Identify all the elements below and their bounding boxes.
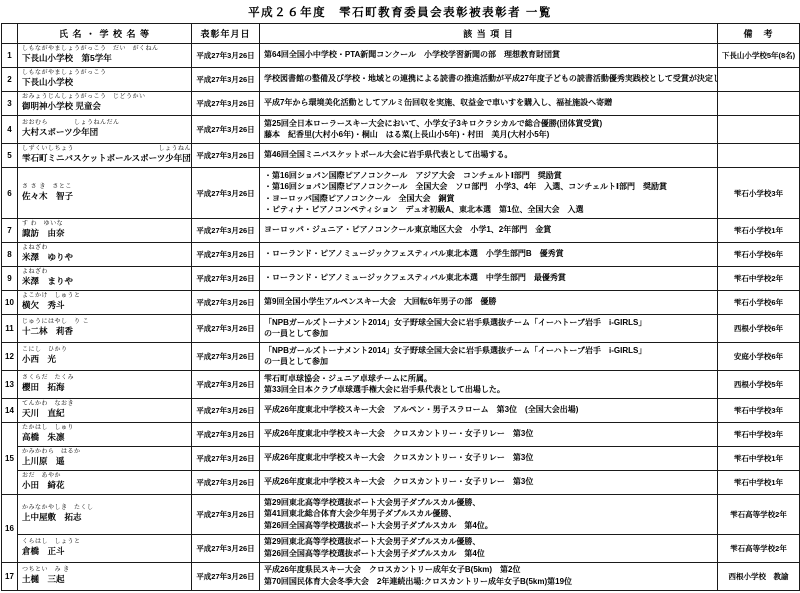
recipient-name-cell: おおむら しょうねんだん大村スポーツ少年団 bbox=[18, 116, 192, 144]
award-item-line: 平成26年度東北中学校スキー大会 クロスカントリー・女子リレー 第3位 bbox=[264, 453, 713, 465]
row-number: 5 bbox=[2, 144, 18, 168]
name-furigana: くらはし しょうと bbox=[22, 539, 189, 546]
table-row: 15たかはし しゅり高橋 朱凛平成27年3月26日平成26年度東北中学校スキー大… bbox=[2, 423, 800, 447]
recipient-name-cell: くらはし しょうと倉橋 正斗 bbox=[18, 534, 192, 562]
table-row: 6さ さ き さとこ佐々木 智子平成27年3月26日・第16回ショパン国際ピアノ… bbox=[2, 168, 800, 219]
award-item-line: 第64回全国小中学校・PTA新聞コンクール 小学校学習新聞の部 理想教育財団賞 bbox=[264, 50, 713, 62]
row-number: 10 bbox=[2, 291, 18, 315]
award-item-line: 平成26年度東北中学校スキー大会 クロスカントリー・女子リレー 第3位 bbox=[264, 429, 713, 441]
award-item-cell: 平成26年度東北中学校スキー大会 クロスカントリー・女子リレー 第3位 bbox=[260, 471, 718, 495]
award-date: 平成27年3月26日 bbox=[192, 371, 260, 399]
remarks: 雫石小学校6年 bbox=[718, 291, 800, 315]
row-number: 4 bbox=[2, 116, 18, 144]
row-number: 16 bbox=[2, 495, 18, 563]
recipient-name: 横欠 秀斗 bbox=[22, 300, 189, 311]
recipient-name-cell: よねざわ米澤 まりや bbox=[18, 267, 192, 291]
recipient-name: 上川原 遥 bbox=[22, 456, 189, 467]
table-row: 12こにし ひかり小西 光平成27年3月26日「NPBガールズトーナメント201… bbox=[2, 343, 800, 371]
award-item-line: 第29回東北高等学校選抜ボート大会男子ダブルスカル優勝、 bbox=[264, 537, 713, 549]
award-item-line: 学校図書館の整備及び学校・地域との連携による読書の推進活動が平成27年度子どもの… bbox=[264, 74, 713, 86]
recipient-name: 下長山小学校 bbox=[22, 77, 189, 88]
name-furigana: てんかわ なおき bbox=[22, 401, 189, 408]
award-item-line: 「NPBガールズトーナメント2014」女子野球全国大会に岩手県選抜チーム「イーハ… bbox=[264, 345, 713, 357]
recipient-name-cell: かみかわら はるか上川原 遥 bbox=[18, 447, 192, 471]
award-item-cell: 「NPBガールズトーナメント2014」女子野球全国大会に岩手県選抜チーム「イーハ… bbox=[260, 315, 718, 343]
remarks bbox=[718, 68, 800, 92]
award-date: 平成27年3月26日 bbox=[192, 315, 260, 343]
table-row: おだ あやか小田 綺花平成27年3月26日平成26年度東北中学校スキー大会 クロ… bbox=[2, 471, 800, 495]
award-date: 平成27年3月26日 bbox=[192, 495, 260, 535]
recipient-name-cell: しもながやましょうがっこう だい がくねん下長山小学校 第5学年 bbox=[18, 44, 192, 68]
remarks: 雫石中学校2年 bbox=[718, 267, 800, 291]
name-furigana: おだ あやか bbox=[22, 473, 189, 480]
recipient-name-cell: さ さ き さとこ佐々木 智子 bbox=[18, 168, 192, 219]
award-date: 平成27年3月26日 bbox=[192, 44, 260, 68]
remarks: 雫石小学校3年 bbox=[718, 168, 800, 219]
table-row: かみかわら はるか上川原 遥平成27年3月26日平成26年度東北中学校スキー大会… bbox=[2, 447, 800, 471]
name-furigana: さ さ き さとこ bbox=[22, 184, 189, 191]
award-date: 平成27年3月26日 bbox=[192, 343, 260, 371]
name-furigana: おみょうじんしょうがっこう じどうかい bbox=[22, 94, 189, 101]
award-item-cell: ヨーロッパ・ジュニア・ピアノコンクール東京地区大会 小学1、2年部門 金賞 bbox=[260, 219, 718, 243]
recipient-name: 櫻田 拓海 bbox=[22, 382, 189, 393]
award-item-cell: 第46回全国ミニバスケットボール大会に岩手県代表として出場する。 bbox=[260, 144, 718, 168]
award-item-line: ・ローランド・ピアノミュージックフェスティバル東北本選 小学生部門B 優秀賞 bbox=[264, 249, 713, 261]
award-item-line: 平成26年度県民スキー大会 クロスカントリー成年女子B(5km) 第2位 bbox=[264, 565, 713, 577]
name-furigana: つちとい み き bbox=[22, 567, 189, 574]
row-number: 1 bbox=[2, 44, 18, 68]
recipient-name: 倉橋 正斗 bbox=[22, 546, 189, 557]
award-date: 平成27年3月26日 bbox=[192, 267, 260, 291]
table-row: 2しもながやましょうがっこう下長山小学校平成27年3月26日学校図書館の整備及び… bbox=[2, 68, 800, 92]
award-item-line: ・第16回ショパン国際ピアノコンクール 全国大会 ソロ部門 小学3、4年 入選、… bbox=[264, 182, 713, 194]
recipient-name-cell: す わ ゆいな諏訪 由奈 bbox=[18, 219, 192, 243]
award-date: 平成27年3月26日 bbox=[192, 471, 260, 495]
row-number: 8 bbox=[2, 243, 18, 267]
remarks bbox=[718, 116, 800, 144]
table-row: 8よねざわ米澤 ゆりや平成27年3月26日・ローランド・ピアノミュージックフェス… bbox=[2, 243, 800, 267]
name-furigana: じゅうにはやし り こ bbox=[22, 319, 189, 326]
recipient-name: 高橋 朱凛 bbox=[22, 432, 189, 443]
award-item-cell: 平成26年度東北中学校スキー大会 クロスカントリー・女子リレー 第3位 bbox=[260, 447, 718, 471]
award-item-cell: 学校図書館の整備及び学校・地域との連携による読書の推進活動が平成27年度子どもの… bbox=[260, 68, 718, 92]
name-furigana: さくらだ たくみ bbox=[22, 375, 189, 382]
remarks: 下長山小学校5年(8名) bbox=[718, 44, 800, 68]
recipient-name: 上中屋敷 拓志 bbox=[22, 512, 189, 523]
award-date: 平成27年3月26日 bbox=[192, 399, 260, 423]
row-number: 17 bbox=[2, 562, 18, 590]
recipient-name-cell: たかはし しゅり高橋 朱凛 bbox=[18, 423, 192, 447]
recipient-name: 小西 光 bbox=[22, 354, 189, 365]
award-item-line: の一員として参加 bbox=[264, 357, 713, 369]
name-furigana: たかはし しゅり bbox=[22, 425, 189, 432]
award-date: 平成27年3月26日 bbox=[192, 92, 260, 116]
award-item-line: 「NPBガールズトーナメント2014」女子野球全国大会に岩手県選抜チーム「イーハ… bbox=[264, 317, 713, 329]
award-date: 平成27年3月26日 bbox=[192, 447, 260, 471]
award-item-line: 第26回全国高等学校選抜ボート大会男子ダブルスカル 第4位。 bbox=[264, 520, 713, 532]
remarks bbox=[718, 92, 800, 116]
remarks: 雫石高等学校2年 bbox=[718, 495, 800, 535]
recipient-name-cell: じゅうにはやし り こ十二林 莉香 bbox=[18, 315, 192, 343]
remarks: 雫石中学校3年 bbox=[718, 399, 800, 423]
award-item-line: 第29回東北高等学校選抜ボート大会男子ダブルスカル優勝、 bbox=[264, 497, 713, 509]
name-furigana: おおむら しょうねんだん bbox=[22, 120, 189, 127]
award-date: 平成27年3月26日 bbox=[192, 423, 260, 447]
table-row: 16かみなかやしき たくし上中屋敷 拓志平成27年3月26日第29回東北高等学校… bbox=[2, 495, 800, 535]
table-row: 5しずくいしちょう しょうねんだん雫石町ミニバスケットボールスポーツ少年団平成2… bbox=[2, 144, 800, 168]
remarks: 西根小学校 教諭 bbox=[718, 562, 800, 590]
award-date: 平成27年3月26日 bbox=[192, 168, 260, 219]
recipient-name-cell: よねざわ米澤 ゆりや bbox=[18, 243, 192, 267]
name-furigana: しもながやましょうがっこう bbox=[22, 70, 189, 77]
recipient-name: 御明神小学校 児童会 bbox=[22, 101, 189, 112]
table-row: 10よこかけ しゅうと横欠 秀斗平成27年3月26日第9回全国小学生アルペンスキ… bbox=[2, 291, 800, 315]
award-date: 平成27年3月26日 bbox=[192, 144, 260, 168]
recipient-name-cell: つちとい み き土樋 三起 bbox=[18, 562, 192, 590]
recipient-name-cell: かみなかやしき たくし上中屋敷 拓志 bbox=[18, 495, 192, 535]
row-number: 13 bbox=[2, 371, 18, 399]
recipient-name: 佐々木 智子 bbox=[22, 191, 189, 202]
award-item-cell: 平成26年度東北中学校スキー大会 アルペン・男子スラローム 第3位 (全国大会出… bbox=[260, 399, 718, 423]
remarks: 雫石中学校1年 bbox=[718, 471, 800, 495]
award-item-cell: 第9回全国小学生アルペンスキー大会 大回転6年男子の部 優勝 bbox=[260, 291, 718, 315]
awards-table: 氏 名 ・ 学 校 名 等 表彰年月日 該 当 項 目 備 考 1しもながやまし… bbox=[1, 23, 800, 591]
name-furigana: よねざわ bbox=[22, 269, 189, 276]
award-item-line: 雫石町卓球協会・ジュニア卓球チームに所属。 bbox=[264, 373, 713, 385]
recipient-name: 下長山小学校 第5学年 bbox=[22, 53, 189, 64]
header-row: 氏 名 ・ 学 校 名 等 表彰年月日 該 当 項 目 備 考 bbox=[2, 24, 800, 44]
award-item-line: 第9回全国小学生アルペンスキー大会 大回転6年男子の部 優勝 bbox=[264, 297, 713, 309]
award-date: 平成27年3月26日 bbox=[192, 116, 260, 144]
award-date: 平成27年3月26日 bbox=[192, 534, 260, 562]
header-date: 表彰年月日 bbox=[192, 24, 260, 44]
recipient-name: 天川 直紀 bbox=[22, 408, 189, 419]
table-row: 17つちとい み き土樋 三起平成27年3月26日平成26年度県民スキー大会 ク… bbox=[2, 562, 800, 590]
recipient-name-cell: こにし ひかり小西 光 bbox=[18, 343, 192, 371]
award-item-line: 第70回国民体育大会冬季大会 2年連続出場:クロスカントリー成年女子B(5km)… bbox=[264, 576, 713, 588]
name-furigana: しずくいしちょう しょうねんだん bbox=[22, 146, 189, 153]
name-furigana: よこかけ しゅうと bbox=[22, 293, 189, 300]
recipient-name: 大村スポーツ少年団 bbox=[22, 127, 189, 138]
award-item-cell: ・第16回ショパン国際ピアノコンクール アジア大会 コンチェルトⅠ部門 奨励賞・… bbox=[260, 168, 718, 219]
award-item-cell: 雫石町卓球協会・ジュニア卓球チームに所属。第33回全日本クラブ卓球選手権大会に岩… bbox=[260, 371, 718, 399]
table-row: 4おおむら しょうねんだん大村スポーツ少年団平成27年3月26日第25回全日本ロ… bbox=[2, 116, 800, 144]
remarks: 雫石中学校3年 bbox=[718, 423, 800, 447]
recipient-name-cell: てんかわ なおき天川 直紀 bbox=[18, 399, 192, 423]
award-item-line: ・ヨーロッパ国際ピアノコンクール 全国大会 銅賞 bbox=[264, 193, 713, 205]
remarks: 雫石中学校1年 bbox=[718, 447, 800, 471]
recipient-name-cell: さくらだ たくみ櫻田 拓海 bbox=[18, 371, 192, 399]
award-item-cell: 平成26年度県民スキー大会 クロスカントリー成年女子B(5km) 第2位第70回… bbox=[260, 562, 718, 590]
recipient-name: 雫石町ミニバスケットボールスポーツ少年団 bbox=[22, 153, 189, 164]
table-row: 3おみょうじんしょうがっこう じどうかい御明神小学校 児童会平成27年3月26日… bbox=[2, 92, 800, 116]
award-item-line: ・第16回ショパン国際ピアノコンクール アジア大会 コンチェルトⅠ部門 奨励賞 bbox=[264, 170, 713, 182]
recipient-name: 米澤 まりや bbox=[22, 276, 189, 287]
recipient-name-cell: しもながやましょうがっこう下長山小学校 bbox=[18, 68, 192, 92]
award-item-cell: 第29回東北高等学校選抜ボート大会男子ダブルスカル優勝、第41回東北総合体育大会… bbox=[260, 495, 718, 535]
row-number: 15 bbox=[2, 423, 18, 495]
table-row: 9よねざわ米澤 まりや平成27年3月26日・ローランド・ピアノミュージックフェス… bbox=[2, 267, 800, 291]
award-item-line: 平成26年度東北中学校スキー大会 クロスカントリー・女子リレー 第3位 bbox=[264, 477, 713, 489]
remarks: 西根小学校5年 bbox=[718, 371, 800, 399]
remarks: 雫石高等学校2年 bbox=[718, 534, 800, 562]
award-item-cell: ・ローランド・ピアノミュージックフェスティバル東北本選 小学生部門B 優秀賞 bbox=[260, 243, 718, 267]
award-item-line: ヨーロッパ・ジュニア・ピアノコンクール東京地区大会 小学1、2年部門 金賞 bbox=[264, 225, 713, 237]
name-furigana: しもながやましょうがっこう だい がくねん bbox=[22, 46, 189, 53]
award-item-cell: 第64回全国小中学校・PTA新聞コンクール 小学校学習新聞の部 理想教育財団賞 bbox=[260, 44, 718, 68]
header-item: 該 当 項 目 bbox=[260, 24, 718, 44]
recipient-name: 米澤 ゆりや bbox=[22, 252, 189, 263]
row-number: 14 bbox=[2, 399, 18, 423]
award-item-line: 第26回全国高等学校選抜ボート大会男子ダブルスカル 第4位 bbox=[264, 548, 713, 560]
award-date: 平成27年3月26日 bbox=[192, 243, 260, 267]
table-row: 13さくらだ たくみ櫻田 拓海平成27年3月26日雫石町卓球協会・ジュニア卓球チ… bbox=[2, 371, 800, 399]
recipient-name: 諏訪 由奈 bbox=[22, 228, 189, 239]
award-item-line: 第33回全日本クラブ卓球選手権大会に岩手県代表として出場した。 bbox=[264, 385, 713, 397]
name-furigana: よねざわ bbox=[22, 245, 189, 252]
remarks: 安庭小学校6年 bbox=[718, 343, 800, 371]
table-row: 11じゅうにはやし り こ十二林 莉香平成27年3月26日「NPBガールズトーナ… bbox=[2, 315, 800, 343]
award-item-cell: 「NPBガールズトーナメント2014」女子野球全国大会に岩手県選抜チーム「イーハ… bbox=[260, 343, 718, 371]
name-furigana: こにし ひかり bbox=[22, 347, 189, 354]
row-number: 6 bbox=[2, 168, 18, 219]
award-item-cell: ・ローランド・ピアノミュージックフェスティバル東北本選 中学生部門 最優秀賞 bbox=[260, 267, 718, 291]
award-date: 平成27年3月26日 bbox=[192, 219, 260, 243]
row-number: 11 bbox=[2, 315, 18, 343]
header-name: 氏 名 ・ 学 校 名 等 bbox=[18, 24, 192, 44]
row-number: 9 bbox=[2, 267, 18, 291]
award-item-line: 平成26年度東北中学校スキー大会 アルペン・男子スラローム 第3位 (全国大会出… bbox=[264, 405, 713, 417]
table-row: 7す わ ゆいな諏訪 由奈平成27年3月26日ヨーロッパ・ジュニア・ピアノコンク… bbox=[2, 219, 800, 243]
row-number: 3 bbox=[2, 92, 18, 116]
award-item-line: ・ローランド・ピアノミュージックフェスティバル東北本選 中学生部門 最優秀賞 bbox=[264, 273, 713, 285]
recipient-name-cell: よこかけ しゅうと横欠 秀斗 bbox=[18, 291, 192, 315]
table-row: 14てんかわ なおき天川 直紀平成27年3月26日平成26年度東北中学校スキー大… bbox=[2, 399, 800, 423]
award-item-cell: 平成26年度東北中学校スキー大会 クロスカントリー・女子リレー 第3位 bbox=[260, 423, 718, 447]
remarks: 雫石小学校1年 bbox=[718, 219, 800, 243]
award-item-line: ・ピティナ・ピアノコンペティション デュオ初級A、東北本選 第1位、全国大会 入… bbox=[264, 205, 713, 217]
recipient-name: 十二林 莉香 bbox=[22, 326, 189, 337]
recipient-name: 土樋 三起 bbox=[22, 574, 189, 585]
recipient-name-cell: しずくいしちょう しょうねんだん雫石町ミニバスケットボールスポーツ少年団 bbox=[18, 144, 192, 168]
award-date: 平成27年3月26日 bbox=[192, 68, 260, 92]
remarks bbox=[718, 144, 800, 168]
row-number: 12 bbox=[2, 343, 18, 371]
award-item-line: 第25回全日本ローラースキー大会において、小学女子3キロクラシカルで総合優勝(団… bbox=[264, 118, 713, 130]
award-item-line: 第41回東北総合体育大会少年男子ダブルスカル優勝、 bbox=[264, 509, 713, 521]
table-row: 1しもながやましょうがっこう だい がくねん下長山小学校 第5学年平成27年3月… bbox=[2, 44, 800, 68]
name-furigana: かみかわら はるか bbox=[22, 449, 189, 456]
award-date: 平成27年3月26日 bbox=[192, 291, 260, 315]
row-number: 2 bbox=[2, 68, 18, 92]
name-furigana: かみなかやしき たくし bbox=[22, 505, 189, 512]
table-row: くらはし しょうと倉橋 正斗平成27年3月26日第29回東北高等学校選抜ボート大… bbox=[2, 534, 800, 562]
remarks: 雫石小学校6年 bbox=[718, 243, 800, 267]
award-item-cell: 第25回全日本ローラースキー大会において、小学女子3キロクラシカルで総合優勝(団… bbox=[260, 116, 718, 144]
recipient-name-cell: おだ あやか小田 綺花 bbox=[18, 471, 192, 495]
recipient-name: 小田 綺花 bbox=[22, 480, 189, 491]
name-furigana: す わ ゆいな bbox=[22, 221, 189, 228]
row-number: 7 bbox=[2, 219, 18, 243]
award-item-cell: 第29回東北高等学校選抜ボート大会男子ダブルスカル優勝、第26回全国高等学校選抜… bbox=[260, 534, 718, 562]
table-body: 1しもながやましょうがっこう だい がくねん下長山小学校 第5学年平成27年3月… bbox=[2, 44, 800, 591]
remarks: 西根小学校6年 bbox=[718, 315, 800, 343]
award-item-cell: 平成7年から環境美化活動としてアルミ缶回収を実施、収益金で車いすを購入し、福祉施… bbox=[260, 92, 718, 116]
award-item-line: 藤本 紀香里(大村小6年)・桐山 はる菜(上長山小5年)・村田 美月(大村小5年… bbox=[264, 130, 713, 142]
award-date: 平成27年3月26日 bbox=[192, 562, 260, 590]
page-title: 平成２６年度 雫石町教育委員会表彰被表彰者 一覧 bbox=[1, 1, 799, 23]
header-remarks: 備 考 bbox=[718, 24, 800, 44]
recipient-name-cell: おみょうじんしょうがっこう じどうかい御明神小学校 児童会 bbox=[18, 92, 192, 116]
award-item-line: の一員として参加 bbox=[264, 329, 713, 341]
award-item-line: 第46回全国ミニバスケットボール大会に岩手県代表として出場する。 bbox=[264, 150, 713, 162]
header-number bbox=[2, 24, 18, 44]
award-item-line: 平成7年から環境美化活動としてアルミ缶回収を実施、収益金で車いすを購入し、福祉施… bbox=[264, 98, 713, 110]
